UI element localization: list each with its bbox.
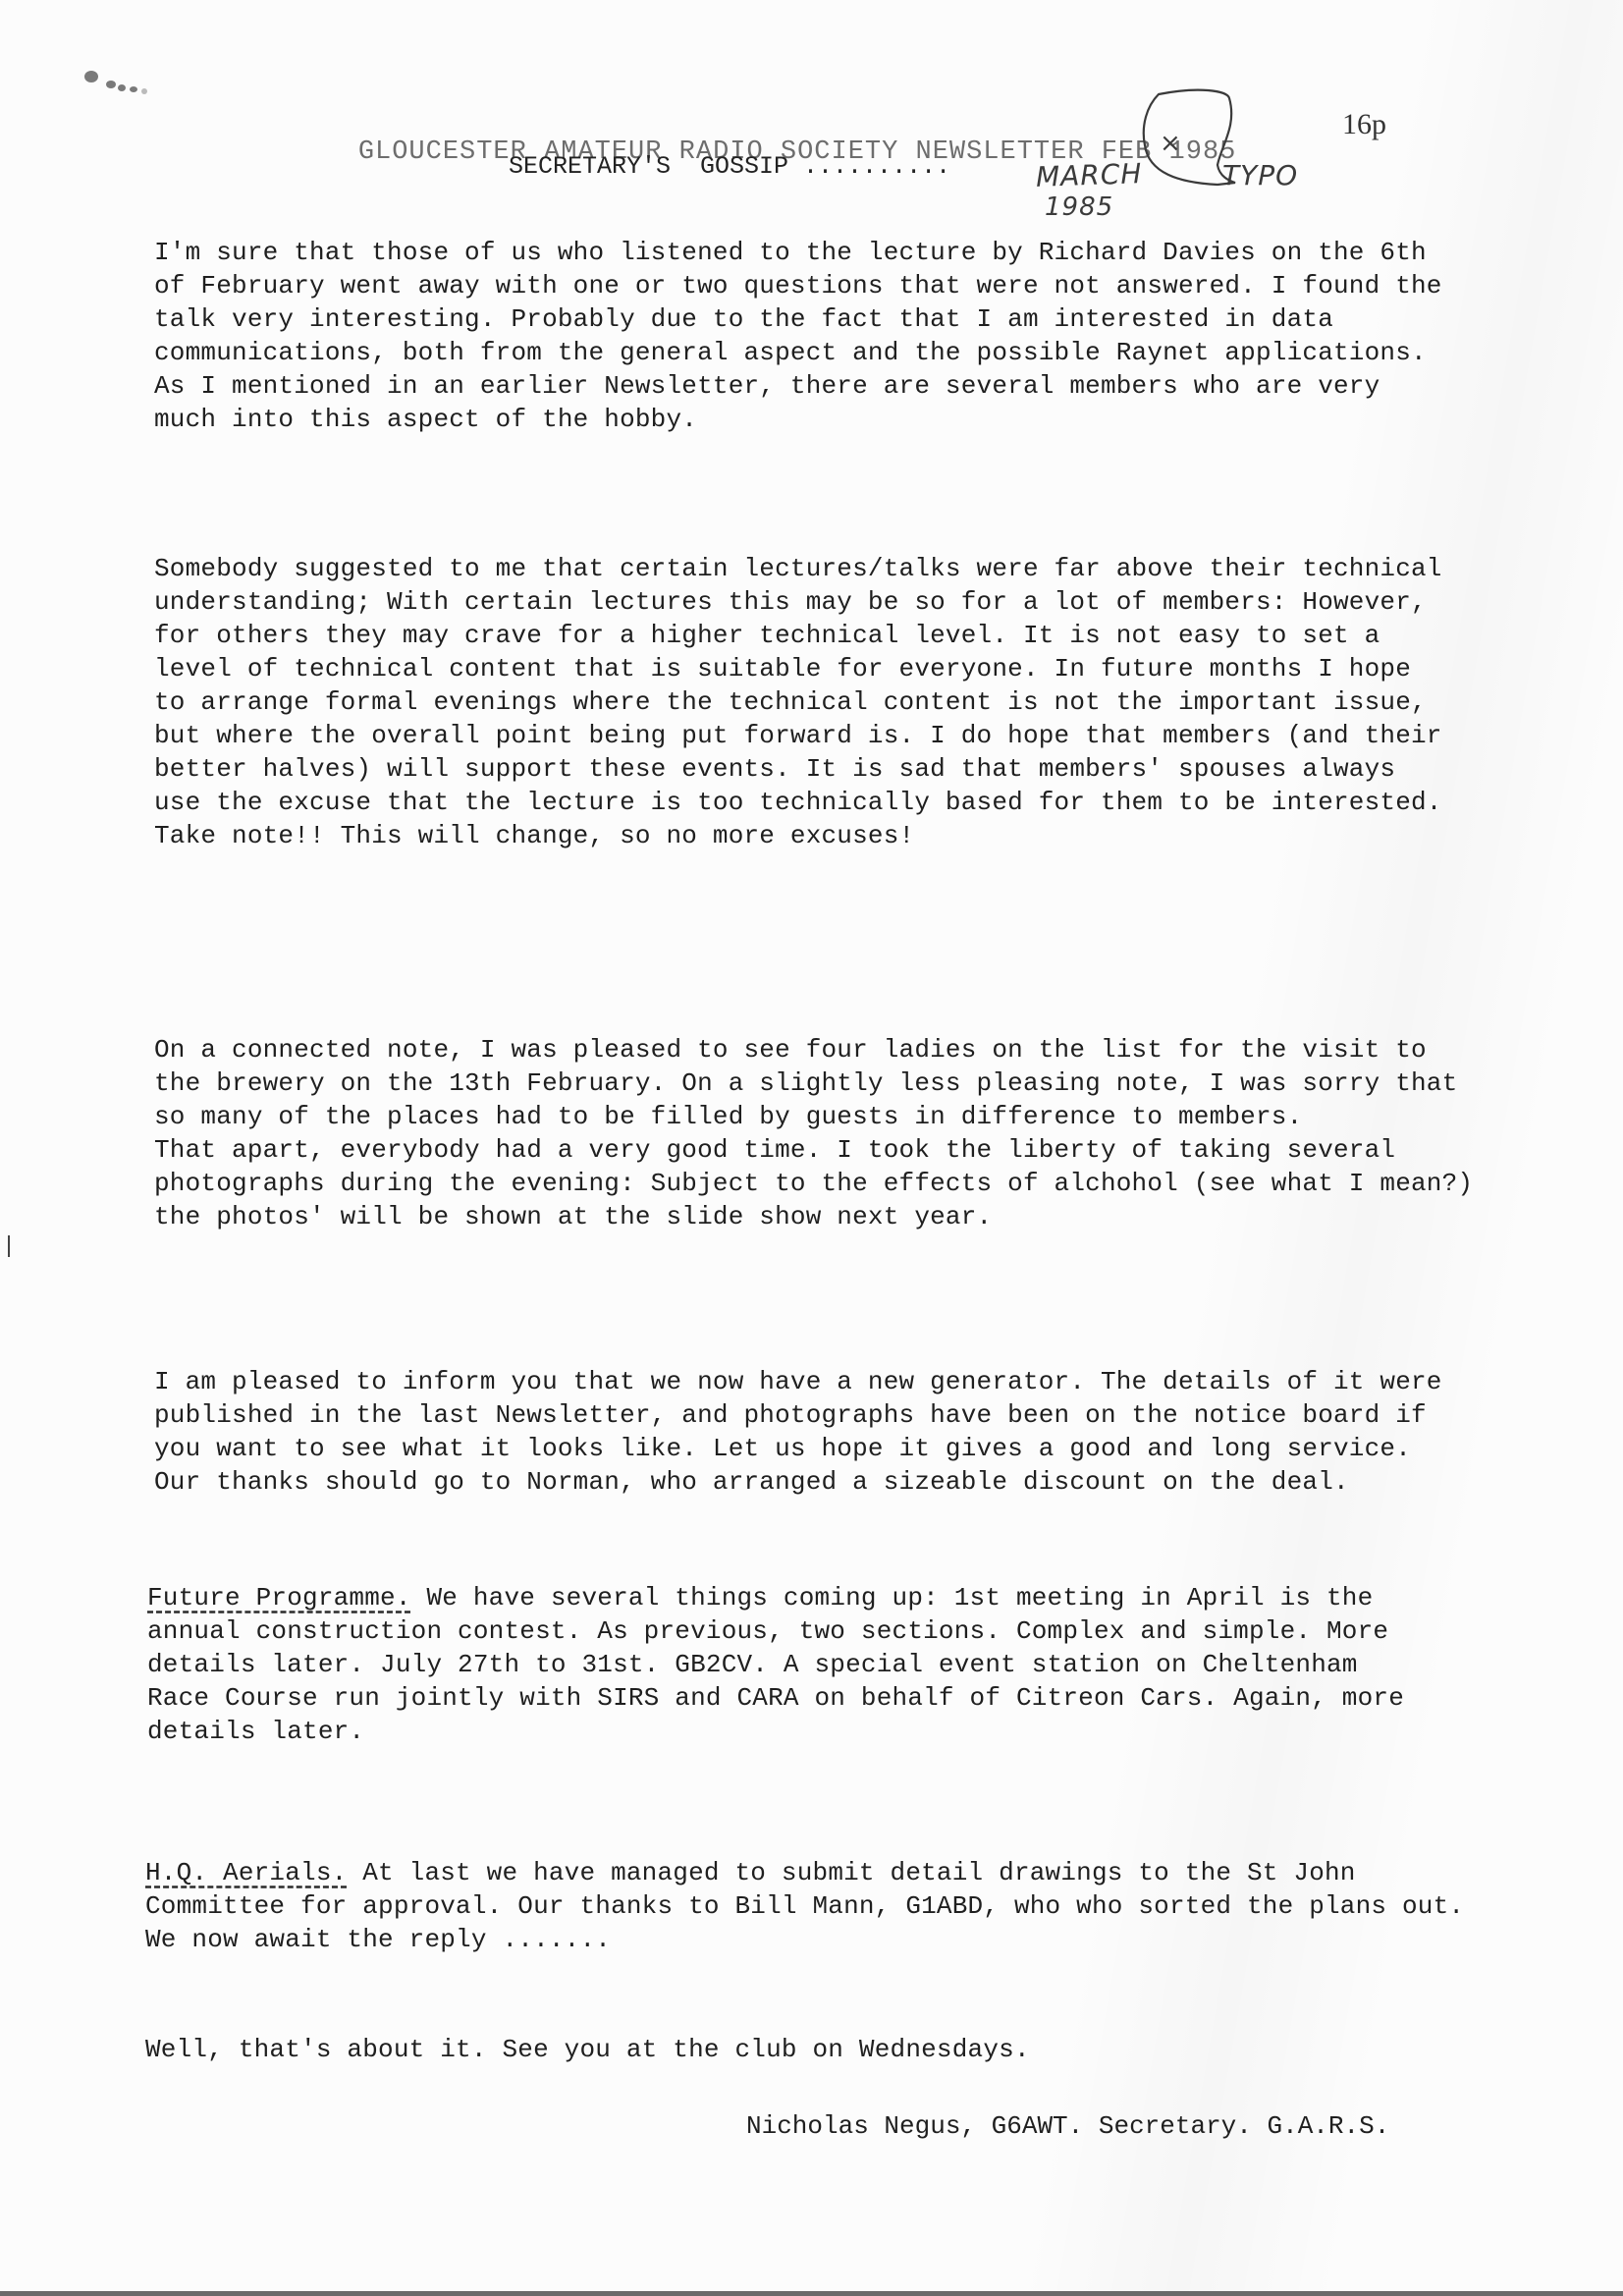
paragraph-text: I am pleased to inform you that we now h… [154, 1365, 1529, 1499]
paragraph-text: Well, that's about it. See you at the cl… [145, 2033, 1520, 2066]
section-heading: Future Programme. [147, 1583, 411, 1613]
paragraph-text: Future Programme. We have several things… [147, 1581, 1522, 1748]
paragraph-text: On a connected note, I was pleased to se… [154, 1033, 1529, 1233]
paragraph-text: H.Q. Aerials. At last we have managed to… [145, 1856, 1520, 1956]
margin-mark [8, 1235, 10, 1257]
paragraph-generator: I am pleased to inform you that we now h… [154, 1365, 1529, 1499]
page-bottom-edge [0, 2291, 1623, 2296]
newsletter-page: GLOUCESTER AMATEUR RADIO SOCIETY NEWSLET… [0, 0, 1623, 2296]
paragraph-text: I'm sure that those of us who listened t… [154, 236, 1529, 436]
handwritten-typo-note: TYPO [1222, 159, 1298, 191]
paragraph-text: Somebody suggested to me that certain le… [154, 552, 1529, 852]
handwritten-year: 1985 [1045, 192, 1113, 222]
paragraph-technical-level: Somebody suggested to me that certain le… [154, 552, 1529, 852]
price-label: 16p [1342, 108, 1386, 141]
paragraph-lecture: I'm sure that those of us who listened t… [154, 236, 1529, 436]
paragraph-future-programme: Future Programme. We have several things… [147, 1581, 1522, 1748]
signature: Nicholas Negus, G6AWT. Secretary. G.A.R.… [746, 2111, 1389, 2141]
section-title: SECRETARY'S GOSSIP .......... [509, 152, 950, 181]
handwritten-month: MARCH [1035, 157, 1142, 193]
paragraph-brewery: On a connected note, I was pleased to se… [154, 1033, 1529, 1233]
paragraph-closing: Well, that's about it. See you at the cl… [145, 2033, 1520, 2066]
correction-x-mark: × [1160, 129, 1182, 158]
staple-hole-mark [84, 71, 163, 100]
paragraph-hq-aerials: H.Q. Aerials. At last we have managed to… [145, 1856, 1520, 1956]
section-heading: H.Q. Aerials. [145, 1858, 347, 1887]
